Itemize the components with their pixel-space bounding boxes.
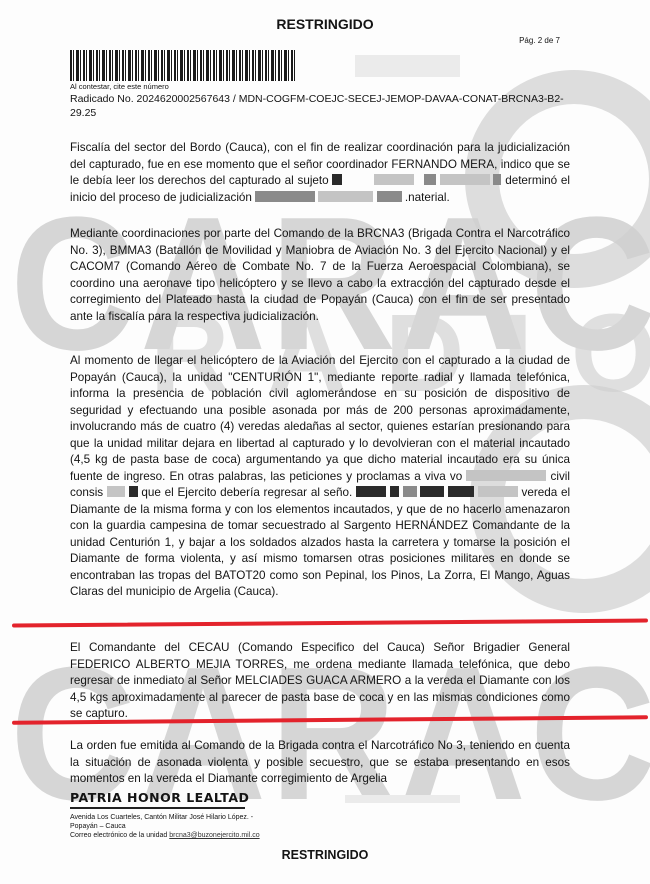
redaction-block xyxy=(440,174,490,185)
footer-motto: PATRIA HONOR LEALTAD xyxy=(70,790,249,805)
redaction-block xyxy=(448,486,474,497)
paragraph-orden-emitida: La orden fue emitida al Comando de la Br… xyxy=(70,738,570,788)
paragraph-fiscalia: Fiscalía del sector del Bordo (Cauca), c… xyxy=(70,140,570,206)
paragraph-coordinaciones: Mediante coordinaciones por parte del Co… xyxy=(70,226,570,325)
redaction-block xyxy=(493,174,501,185)
redaction-block xyxy=(129,486,138,497)
redaction-block xyxy=(356,486,386,497)
page-number: Pág. 2 de 7 xyxy=(519,36,560,45)
radicado-number: Radicado No. 2024620002567643 / MDN-COGF… xyxy=(70,92,570,120)
redaction-block xyxy=(390,486,399,497)
redaction-block xyxy=(318,191,373,202)
redaction-block xyxy=(374,174,414,185)
redaction-block xyxy=(478,486,518,497)
redaction-block xyxy=(107,486,125,497)
red-underline-annotation xyxy=(12,619,648,628)
paragraph-orden-comandante: El Comandante del CECAU (Comando Especif… xyxy=(70,640,570,723)
motto-divider xyxy=(70,807,245,809)
redaction-block xyxy=(466,470,546,481)
classification-footer: RESTRINGIDO xyxy=(0,848,650,862)
classification-header: RESTRINGIDO xyxy=(0,16,650,32)
redaction-block xyxy=(420,486,444,497)
barcode-caption: Al contestar, cite este número xyxy=(70,82,169,91)
redaction-block xyxy=(403,486,417,497)
redaction-block xyxy=(255,191,315,202)
redaction-block xyxy=(424,174,436,185)
paragraph-asonada: Al momento de llegar el helicóptero de l… xyxy=(70,353,570,601)
barcode-icon xyxy=(70,50,295,81)
document-content: RESTRINGIDO Pág. 2 de 7 Al contestar, ci… xyxy=(0,0,650,884)
document-page: CARACOL RADIO CARACOL RESTRINGIDO Pág. 2… xyxy=(0,0,650,884)
redaction-block xyxy=(377,191,402,202)
email-link[interactable]: brcna3@buzonejercito.mil.co xyxy=(169,832,259,839)
redaction-block xyxy=(332,174,342,185)
footer-address: Avenida Los Cuarteles, Cantón Militar Jo… xyxy=(70,813,260,840)
